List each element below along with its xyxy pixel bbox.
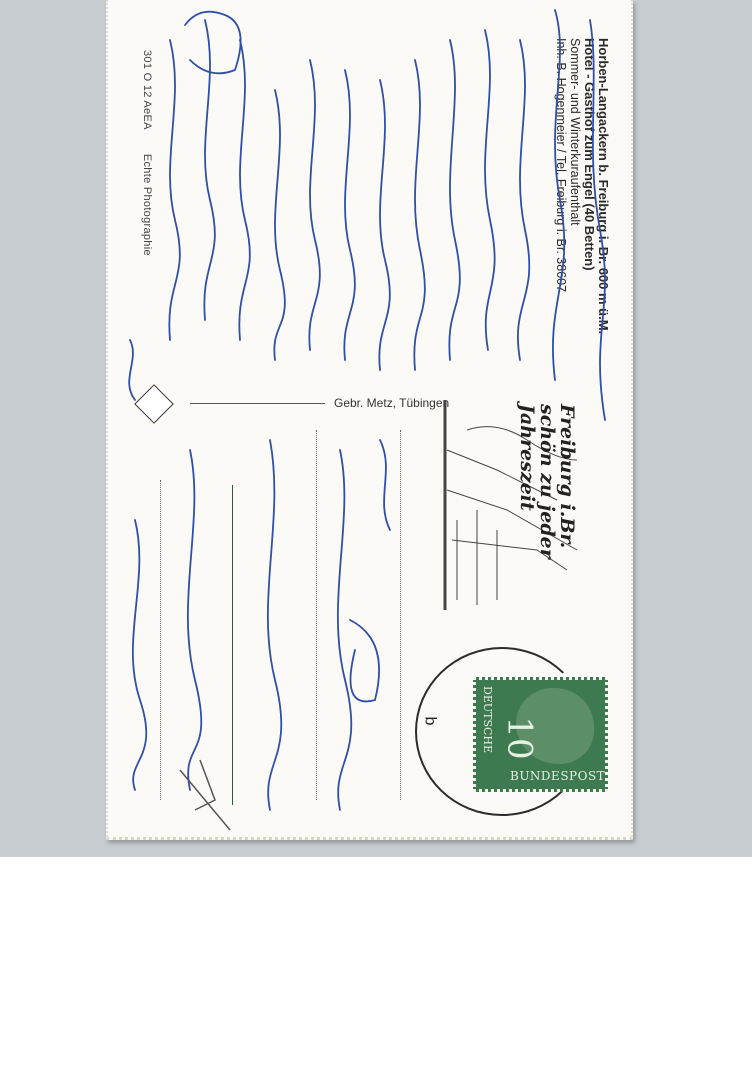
handwriting-scribbles <box>0 0 752 857</box>
